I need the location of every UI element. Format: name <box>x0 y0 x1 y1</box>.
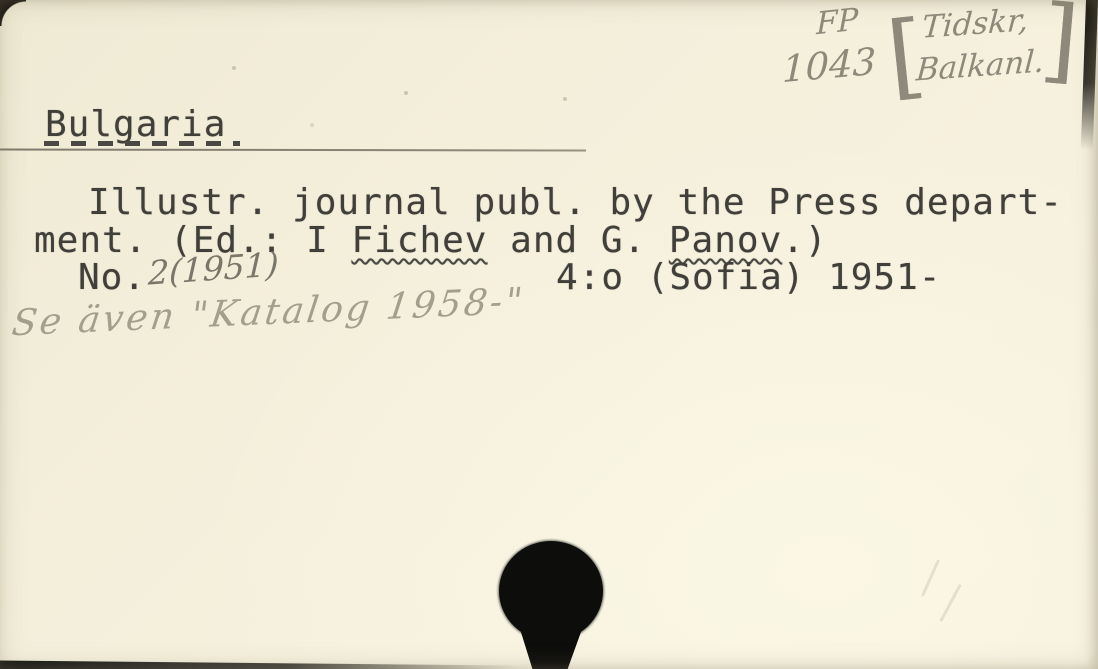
scan-corner-shadow <box>0 0 26 26</box>
heading-dashed-underline <box>44 141 240 146</box>
paper-speck <box>310 123 314 127</box>
faint-stroke <box>939 584 961 622</box>
bracket-note-line2: Balkanl. <box>915 43 1045 88</box>
punch-hole-slot <box>519 630 583 669</box>
paper-speck <box>563 97 567 101</box>
card-heading: Bulgaria <box>45 104 226 145</box>
paper-speck <box>404 91 408 95</box>
number-label: No. <box>78 257 146 298</box>
scan-edge-shadow <box>1081 0 1098 150</box>
faint-stroke <box>921 559 940 597</box>
paper-speck <box>232 66 236 70</box>
entry-line2-suffix: .) <box>782 220 827 261</box>
number-value-handwritten: 2(1951) <box>147 244 279 292</box>
heading-rule <box>0 148 586 151</box>
punch-hole-circle <box>499 541 603 641</box>
bracket-note-line1: Tidskr, <box>921 2 1030 46</box>
entry-line2-mid: and G. <box>487 220 668 261</box>
scan-bottom-shadow <box>0 660 520 669</box>
shelf-mark-line1: FP <box>816 2 858 43</box>
editor1-name: Fichev <box>351 220 487 261</box>
catalog-card: FP 1043 [ Tidskr, Balkanl. ] Bulgaria Il… <box>0 0 1098 669</box>
close-bracket-mark: ] <box>1037 0 1082 94</box>
faint-pencil-marks <box>915 552 985 632</box>
format-imprint: 4:o (Sofia) 1951- <box>556 257 941 298</box>
entry-line1: Illustr. journal publ. by the Press depa… <box>88 182 1063 223</box>
shelf-mark-line2: 1043 <box>782 40 877 91</box>
editor2-name: Panov <box>669 220 782 261</box>
